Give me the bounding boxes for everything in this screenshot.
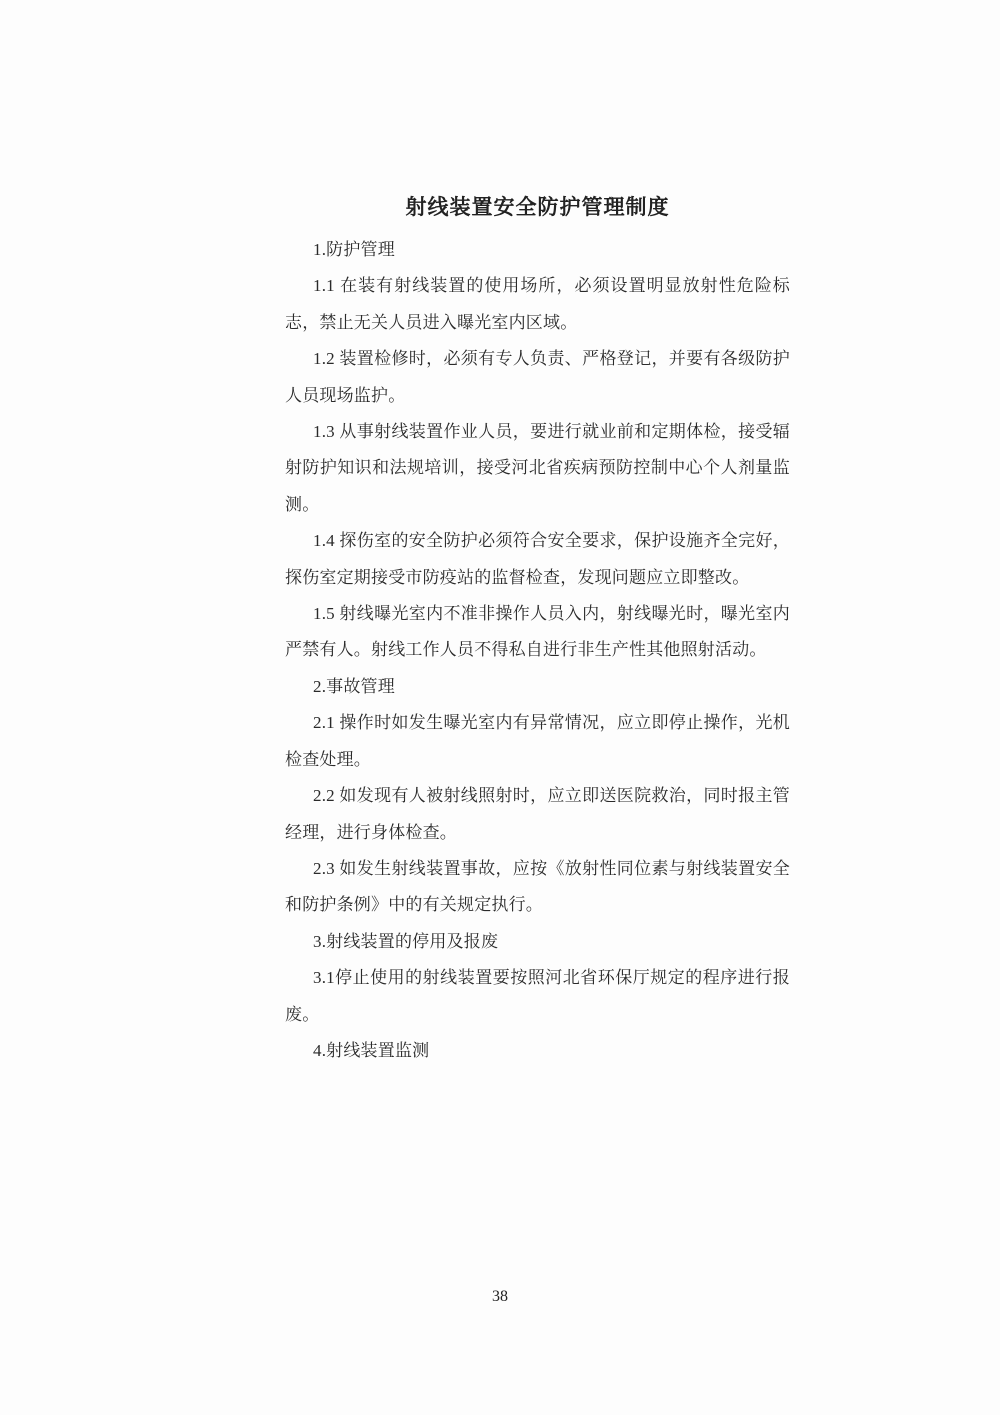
- paragraph-1-3: 1.3 从事射线装置作业人员，要进行就业前和定期体检，接受辐射防护知识和法规培训…: [285, 414, 790, 523]
- paragraph-1-4: 1.4 探伤室的安全防护必须符合安全要求，保护设施齐全完好，探伤室定期接受市防疫…: [285, 523, 790, 596]
- paragraph-3-1: 3.1停止使用的射线装置要按照河北省环保厅规定的程序进行报废。: [285, 960, 790, 1033]
- paragraph-2-3: 2.3 如发生射线装置事故，应按《放射性同位素与射线装置安全和防护条例》中的有关…: [285, 851, 790, 924]
- paragraph-2-2: 2.2 如发现有人被射线照射时，应立即送医院救治，同时报主管经理，进行身体检查。: [285, 778, 790, 851]
- document-title: 射线装置安全防护管理制度: [285, 192, 790, 222]
- document-page: 射线装置安全防护管理制度 1.防护管理 1.1 在装有射线装置的使用场所，必须设…: [0, 0, 1000, 1415]
- paragraph-section-1: 1.防护管理: [285, 232, 790, 268]
- paragraph-2-1: 2.1 操作时如发生曝光室内有异常情况，应立即停止操作，光机检查处理。: [285, 705, 790, 778]
- paragraph-section-3: 3.射线装置的停用及报废: [285, 924, 790, 960]
- paragraph-1-5: 1.5 射线曝光室内不准非操作人员入内，射线曝光时，曝光室内严禁有人。射线工作人…: [285, 596, 790, 669]
- paragraph-1-2: 1.2 装置检修时，必须有专人负责、严格登记，并要有各级防护人员现场监护。: [285, 341, 790, 414]
- page-number: 38: [0, 1288, 1000, 1306]
- paragraph-section-4: 4.射线装置监测: [285, 1033, 790, 1069]
- document-body: 射线装置安全防护管理制度 1.防护管理 1.1 在装有射线装置的使用场所，必须设…: [285, 192, 790, 1069]
- paragraph-section-2: 2.事故管理: [285, 669, 790, 705]
- paragraph-1-1: 1.1 在装有射线装置的使用场所，必须设置明显放射性危险标志，禁止无关人员进入曝…: [285, 268, 790, 341]
